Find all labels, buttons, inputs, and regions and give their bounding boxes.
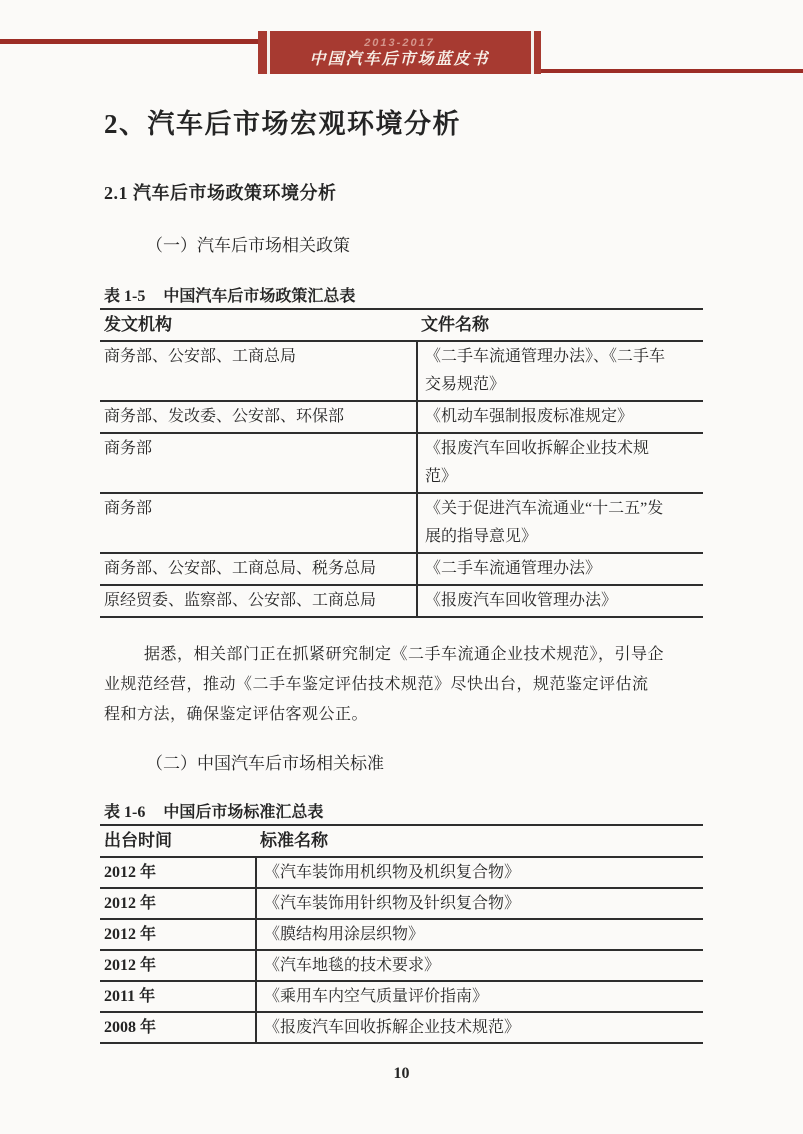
policy-table-caption-title: 中国汽车后市场政策汇总表 [163,288,355,305]
year-cell: 2008 年 [100,1012,256,1043]
page-number: 10 [0,1065,803,1083]
standard-cell: 《汽车地毯的技术要求》 [256,950,703,981]
table-row: 商务部 《关于促进汽车流通业“十二五”发 展的指导意见》 [100,493,703,553]
document-cell: 《关于促进汽车流通业“十二五”发 展的指导意见》 [417,493,703,553]
standard-cell: 《汽车装饰用机织物及机织复合物》 [256,857,703,888]
issuer-cell: 原经贸委、监察部、公安部、工商总局 [100,585,417,617]
table-row: 商务部 《报废汽车回收拆解企业技术规 范》 [100,433,703,493]
column-header-year: 出台时间 [100,825,256,857]
year-cell: 2011 年 [100,981,256,1012]
document-cell: 《二手车流通管理办法》、《二手车 交易规范》 [417,341,703,401]
issuer-cell: 商务部 [100,493,417,553]
table-row: 2011 年 《乘用车内空气质量评价指南》 [100,981,703,1012]
subsection-heading-standards: （二）中国汽车后市场相关标准 [100,752,703,776]
section-heading: 2.1 汽车后市场政策环境分析 [104,180,703,206]
column-header-issuer: 发文机构 [100,309,417,341]
table-row: 原经贸委、监察部、公安部、工商总局 《报废汽车回收管理办法》 [100,585,703,617]
column-header-document: 文件名称 [417,309,703,341]
body-paragraph: 据悉，相关部门正在抓紧研究制定《二手车流通企业技术规范》，引导企 业规范经营，推… [100,640,703,730]
standard-cell: 《膜结构用涂层织物》 [256,919,703,950]
policy-table-caption-label: 表 1-5 [104,288,145,305]
policy-table-caption: 表 1-5中国汽车后市场政策汇总表 [100,286,703,308]
year-cell: 2012 年 [100,888,256,919]
table-row: 2008 年 《报废汽车回收拆解企业技术规范》 [100,1012,703,1043]
subsection-heading-policies: （一）汽车后市场相关政策 [100,234,703,258]
table-row: 2012 年 《汽车装饰用针织物及针织复合物》 [100,888,703,919]
standard-cell: 《汽车装饰用针织物及针织复合物》 [256,888,703,919]
policy-table-header-row: 发文机构 文件名称 [100,309,703,341]
issuer-cell: 商务部 [100,433,417,493]
column-header-standard: 标准名称 [256,825,703,857]
table-row: 2012 年 《汽车装饰用机织物及机织复合物》 [100,857,703,888]
table-row: 商务部、发改委、公安部、环保部 《机动车强制报废标准规定》 [100,401,703,433]
chapter-heading: 2、汽车后市场宏观环境分析 [104,106,703,142]
document-page: 2013-2017 中国汽车后市场蓝皮书 2、汽车后市场宏观环境分析 2.1 汽… [0,0,803,1134]
standards-table: 出台时间 标准名称 2012 年 《汽车装饰用机织物及机织复合物》 2012 年… [100,824,703,1044]
table-row: 商务部、公安部、工商总局 《二手车流通管理办法》、《二手车 交易规范》 [100,341,703,401]
standards-table-header-row: 出台时间 标准名称 [100,825,703,857]
year-cell: 2012 年 [100,919,256,950]
table-row: 商务部、公安部、工商总局、税务总局 《二手车流通管理办法》 [100,553,703,585]
year-cell: 2012 年 [100,950,256,981]
document-cell: 《二手车流通管理办法》 [417,553,703,585]
standard-cell: 《报废汽车回收拆解企业技术规范》 [256,1012,703,1043]
document-cell: 《报废汽车回收管理办法》 [417,585,703,617]
document-cell: 《报废汽车回收拆解企业技术规 范》 [417,433,703,493]
document-cell: 《机动车强制报废标准规定》 [417,401,703,433]
standards-table-caption-title: 中国后市场标准汇总表 [163,804,323,821]
table-row: 2012 年 《膜结构用涂层织物》 [100,919,703,950]
standards-table-caption-label: 表 1-6 [104,804,145,821]
issuer-cell: 商务部、公安部、工商总局 [100,341,417,401]
standard-cell: 《乘用车内空气质量评价指南》 [256,981,703,1012]
content-column: 2、汽车后市场宏观环境分析 2.1 汽车后市场政策环境分析 （一）汽车后市场相关… [100,0,703,1044]
policy-table: 发文机构 文件名称 商务部、公安部、工商总局 《二手车流通管理办法》、《二手车 … [100,308,703,618]
issuer-cell: 商务部、发改委、公安部、环保部 [100,401,417,433]
issuer-cell: 商务部、公安部、工商总局、税务总局 [100,553,417,585]
standards-table-caption: 表 1-6中国后市场标准汇总表 [100,802,703,824]
table-row: 2012 年 《汽车地毯的技术要求》 [100,950,703,981]
year-cell: 2012 年 [100,857,256,888]
